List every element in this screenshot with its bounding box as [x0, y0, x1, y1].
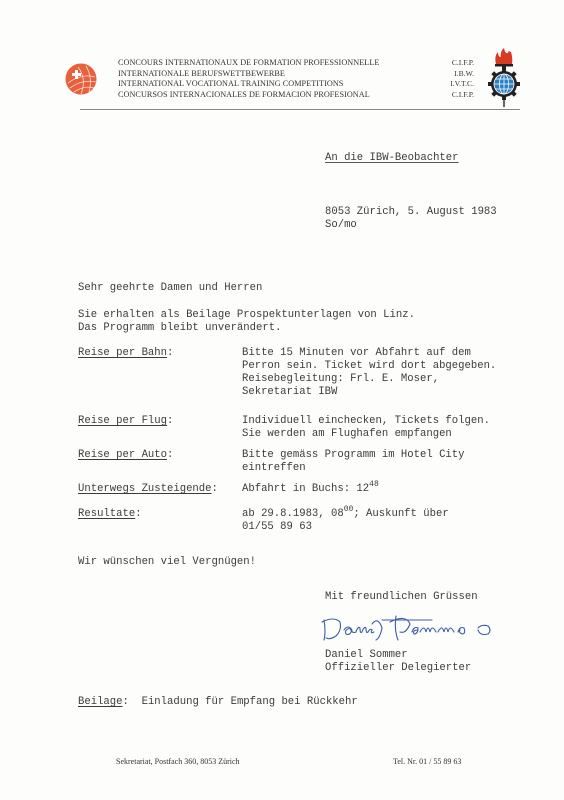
abbr-es: C.I.F.P.	[438, 90, 474, 101]
signature-greeting: Mit freundlichen Grüssen	[325, 591, 478, 604]
item-value-sup: 48	[369, 480, 379, 489]
signatory-name: Daniel Sommer	[325, 649, 408, 662]
closing-wish: Wir wünschen viel Vergnügen!	[78, 556, 256, 569]
signatory-title: Offizieller Delegierter	[325, 662, 471, 675]
org-name-de: INTERNATIONALE BERUFSWETTBEWERBE	[118, 69, 379, 80]
item-line: Reisebegleitung: Frl. E. Moser,	[242, 373, 496, 386]
enclosure-text: Einladung für Empfang bei Rückkehr	[142, 696, 358, 708]
abbr-en: I.V.T.C.	[438, 79, 474, 90]
item-value-sup: 00	[344, 505, 354, 514]
item-line: Sie werden am Flughafen empfangen	[242, 428, 490, 441]
abbr-fr: C.I.F.P.	[438, 58, 474, 69]
item-value: Abfahrt in Buchs: 12	[242, 483, 369, 495]
item-line: Sekretariat IBW	[242, 386, 496, 399]
intro-line-1: Sie erhalten als Beilage Prospektunterla…	[78, 309, 415, 322]
item-line: Individuell einchecken, Tickets folgen.	[242, 415, 490, 428]
ibw-torch-gear-globe-logo-icon	[484, 48, 524, 108]
place-date: 8053 Zürich, 5. August 1983	[325, 206, 497, 219]
item-label: Reise per Auto	[78, 449, 167, 461]
item-line: Bitte gemäss Programm im Hotel City	[242, 449, 465, 462]
enclosure: Beilage: Einladung für Empfang bei Rückk…	[78, 696, 358, 709]
item-line: eintreffen	[242, 462, 465, 475]
org-name-en: INTERNATIONAL VOCATIONAL TRAINING COMPET…	[118, 79, 379, 90]
item-line: Perron sein. Ticket wird dort abgegeben.	[242, 360, 496, 373]
cifp-globe-logo-icon	[65, 63, 97, 95]
org-name-es: CONCURSOS INTERNACIONALES DE FORMACION P…	[118, 90, 379, 101]
recipient: An die IBW-Beobachter	[325, 152, 459, 165]
item-value: ab 29.8.1983, 08	[242, 508, 344, 520]
intro-line-2: Das Programm bleibt unverändert.	[78, 322, 281, 335]
handwritten-signature-icon	[320, 610, 550, 646]
footer-address: Sekretariat, Postfach 360, 8053 Zürich	[116, 757, 240, 766]
enclosure-label: Beilage	[78, 696, 123, 708]
abbr-de: I.B.W.	[438, 69, 474, 80]
item-label: Resultate	[78, 508, 135, 520]
item-label: Reise per Bahn	[78, 347, 167, 359]
item-line: 01/55 89 63	[242, 521, 449, 534]
item-label: Reise per Flug	[78, 415, 167, 427]
salutation: Sehr geehrte Damen und Herren	[78, 282, 262, 295]
letterhead-rule	[80, 109, 520, 110]
item-line: Bitte 15 Minuten vor Abfahrt auf dem	[242, 347, 496, 360]
item-label: Unterwegs Zusteigende	[78, 483, 212, 495]
org-name-fr: CONCOURS INTERNATIONAUX DE FORMATION PRO…	[118, 58, 379, 69]
reference: So/mo	[325, 219, 357, 232]
item-value-suffix: ; Auskunft über	[353, 508, 448, 520]
footer-phone: Tel. Nr. 01 / 55 89 63	[393, 757, 461, 766]
